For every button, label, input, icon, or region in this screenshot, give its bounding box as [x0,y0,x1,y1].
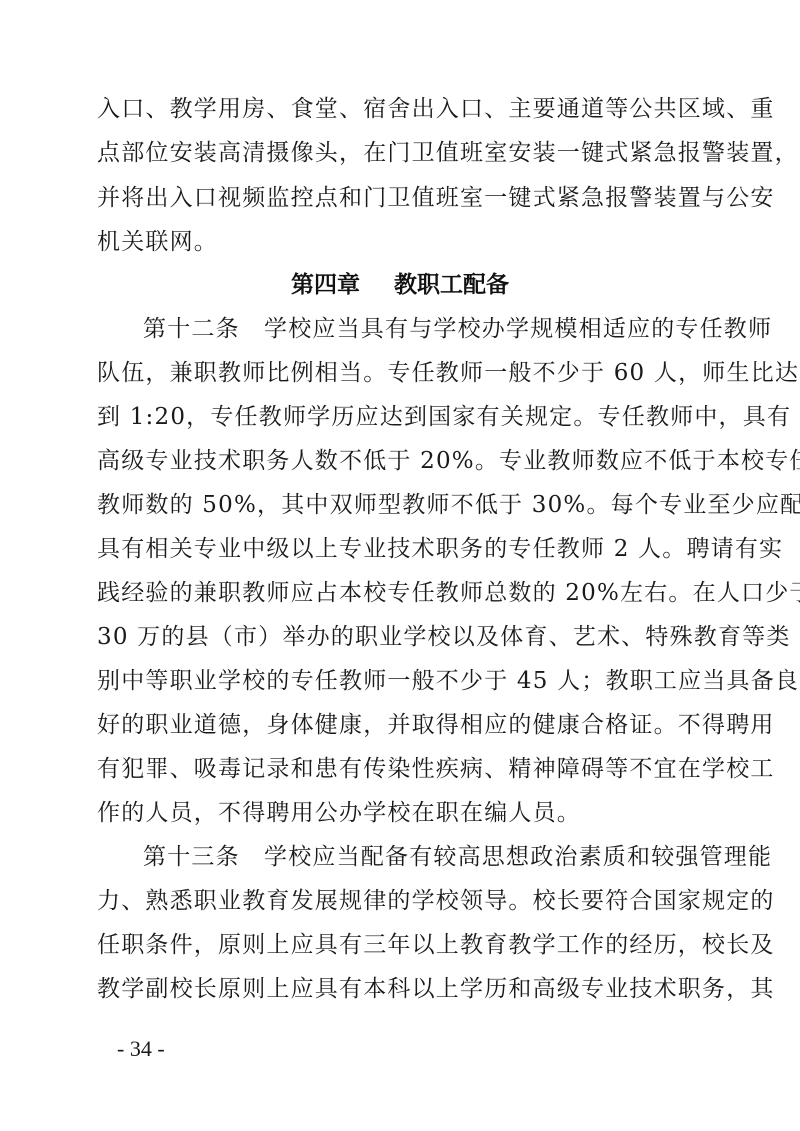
article-13-line: 教学副校长原则上应具有本科以上学历和高级专业技术职务，其 [97,974,709,1004]
page-number: - 34 - [117,1036,165,1062]
paragraph-line: 并将出入口视频监控点和门卫值班室一键式紧急报警装置与公安 [97,183,709,213]
article-12-line: 好的职业道德，身体健康，并取得相应的健康合格证。不得聘用 [97,710,709,740]
article-12-line: 到 1:20，专任教师学历应达到国家有关规定。专任教师中，具有 [97,402,709,432]
document-page: 入口、教学用房、食堂、宿舍出入口、主要通道等公共区域、重 点部位安装高清摄像头，… [0,0,800,1131]
paragraph-line: 入口、教学用房、食堂、宿舍出入口、主要通道等公共区域、重 [97,94,709,124]
article-12-line: 践经验的兼职教师应占本校专任教师总数的 20%左右。在人口少于 [97,578,709,608]
chapter-heading: 第四章教职工配备 [0,270,800,300]
chapter-title: 教职工配备 [394,272,509,298]
article-13-line: 任职条件，原则上应具有三年以上教育教学工作的经历，校长及 [97,930,709,960]
article-12-line: 作的人员，不得聘用公办学校在职在编人员。 [97,798,709,828]
article-12-line: 30 万的县（市）举办的职业学校以及体育、艺术、特殊教育等类 [97,622,709,652]
article-13-line: 力、熟悉职业教育发展规律的学校领导。校长要符合国家规定的 [97,886,709,916]
paragraph-line: 点部位安装高清摄像头，在门卫值班室安装一键式紧急报警装置， [97,138,709,168]
article-12-line: 第十二条 学校应当具有与学校办学规模相适应的专任教师 [143,314,709,344]
article-12-line: 有犯罪、吸毒记录和患有传染性疾病、精神障碍等不宜在学校工 [97,754,709,784]
paragraph-line: 机关联网。 [97,227,709,257]
article-13-line: 第十三条 学校应当配备有较高思想政治素质和较强管理能 [143,842,709,872]
article-12-line: 高级专业技术职务人数不低于 20%。专业教师数应不低于本校专任 [97,446,709,476]
article-12-line: 教师数的 50%，其中双师型教师不低于 30%。每个专业至少应配备 [97,490,709,520]
article-12-line: 具有相关专业中级以上专业技术职务的专任教师 2 人。聘请有实 [97,534,709,564]
chapter-number: 第四章 [291,272,360,298]
article-12-line: 别中等职业学校的专任教师一般不少于 45 人；教职工应当具备良 [97,666,709,696]
article-12-line: 队伍，兼职教师比例相当。专任教师一般不少于 60 人，师生比达 [97,358,709,388]
